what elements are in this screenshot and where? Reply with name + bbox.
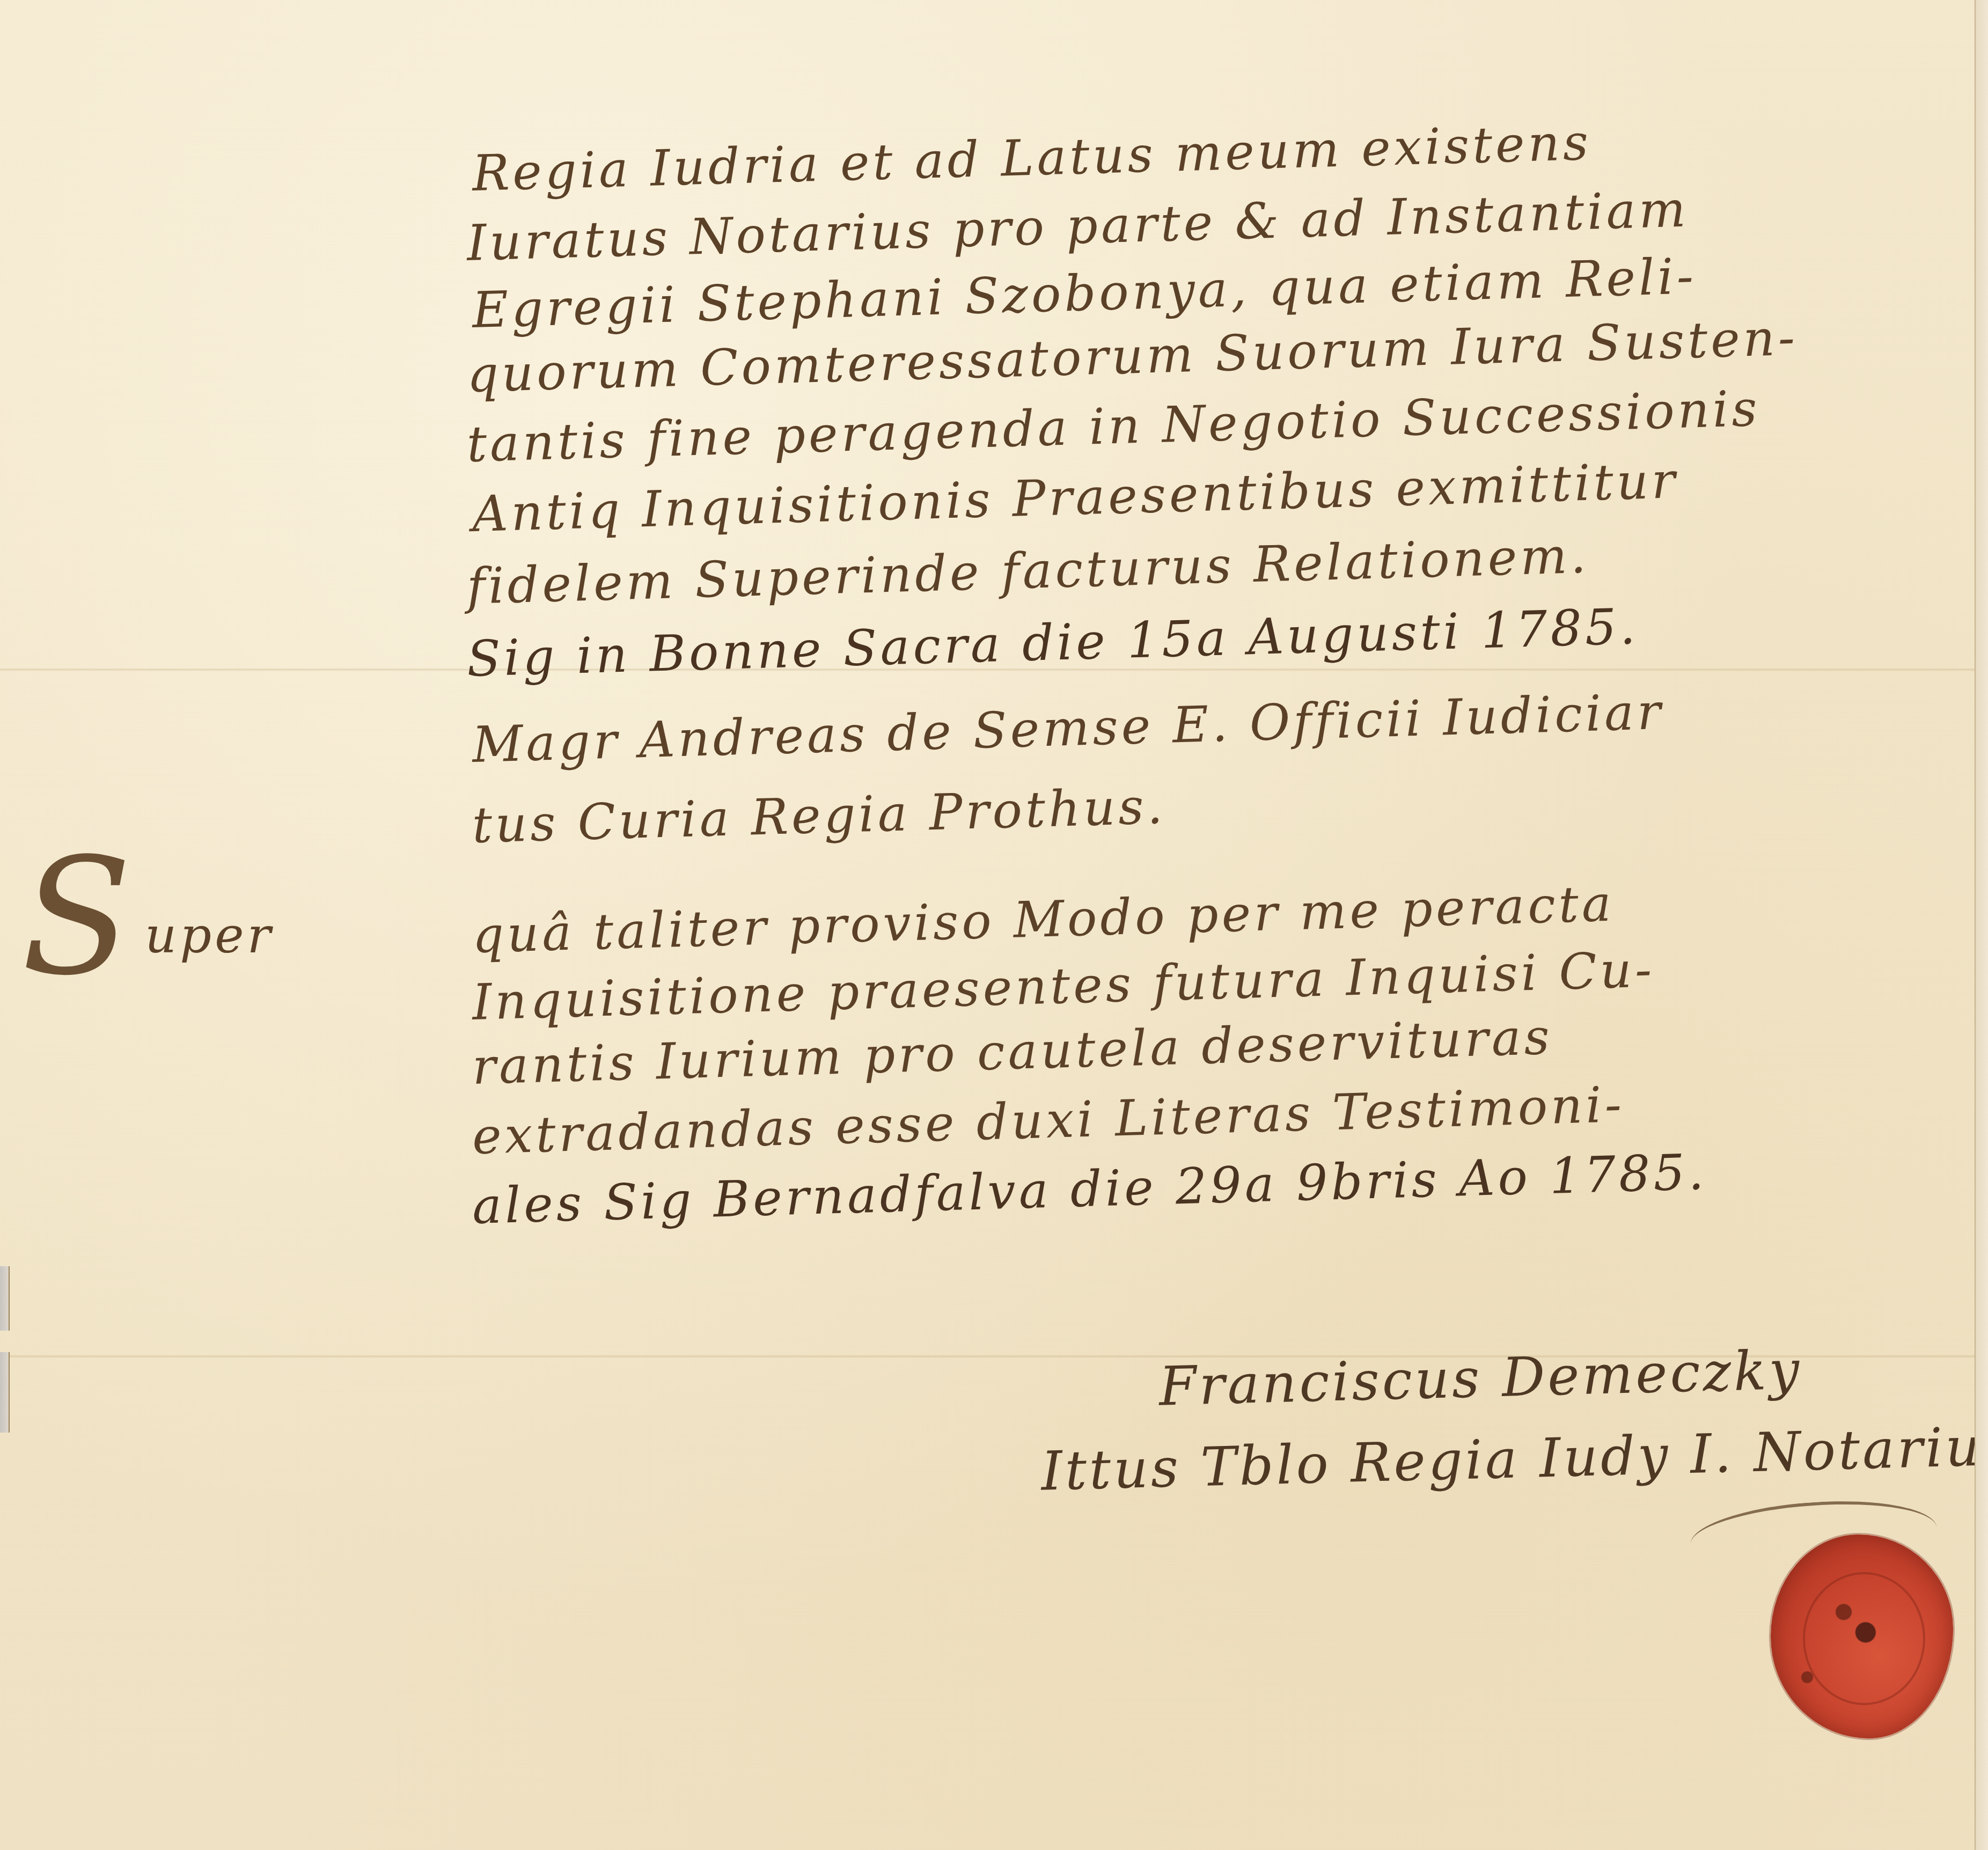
text-line: Sig in Bonne Sacra die 15a Augusti 1785.: [466, 598, 1640, 688]
initial-word-rest: uper: [145, 907, 274, 964]
page-edge: [1975, 0, 1988, 1850]
signature-title: Ittus Tblo Regia Iudy I. Notarius: [1040, 1414, 1988, 1502]
seal-impression: [1803, 1572, 1925, 1705]
initial-flourish: S: [21, 837, 132, 998]
torn-edge: [0, 1352, 10, 1433]
text-line: tus Curia Regia Prothus.: [472, 777, 1167, 854]
text-line: fidelem Superinde facturus Relationem.: [466, 527, 1590, 615]
manuscript-page: Regia Iudria et ad Latus meum existens I…: [0, 0, 1975, 1850]
text-line: Magr Andreas de Semse E. Officii Iudicia…: [472, 683, 1665, 774]
signature-name: Franciscus Demeczky: [1158, 1338, 1803, 1418]
wax-seal: [1771, 1535, 1953, 1738]
torn-edge: [0, 1266, 10, 1331]
